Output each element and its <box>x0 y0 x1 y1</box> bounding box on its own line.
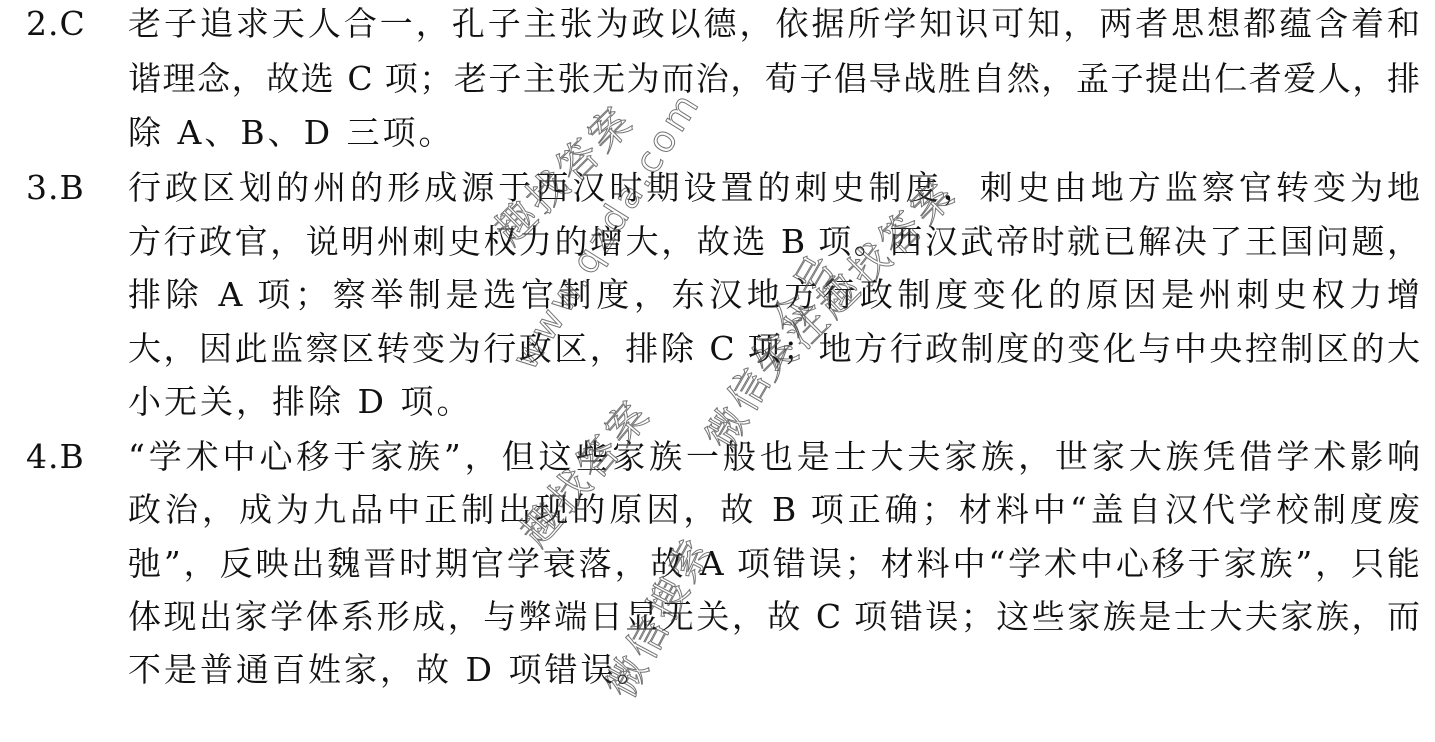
explanation-line: 不是普通百姓家，故 D 项错误。 <box>128 648 1420 692</box>
explanation-line: 小无关，排除 D 项。 <box>128 380 1420 424</box>
question-label: 4.B <box>26 435 122 479</box>
explanation-line: 弛”，反映出魏晋时期官学衰落，故 A 项错误；材料中“学术中心移于家族”，只能 <box>128 542 1420 586</box>
explanation-line: 排除 A 项；察举制是选官制度，东汉地方行政制度变化的原因是州刺史权力增 <box>128 273 1420 317</box>
explanation-line: “学术中心移于家族”，但这些家族一般也是士大夫家族，世家大族凭借学术影响 <box>128 435 1420 479</box>
explanation-line: 体现出家学体系形成，与弊端日显无关，故 C 项错误；这些家族是士大夫家族，而 <box>128 595 1420 639</box>
explanation-line: 老子追求天人合一，孔子主张为政以德，依据所学知识可知，两者思想都蕴含着和 <box>128 2 1420 46</box>
question-label: 3.B <box>26 166 122 210</box>
answer-explanation-page: 2.C 老子追求天人合一，孔子主张为政以德，依据所学知识可知，两者思想都蕴含着和… <box>0 0 1435 742</box>
explanation-line: 谐理念，故选 C 项；老子主张无为而治，荀子倡导战胜自然，孟子提出仁者爱人，排 <box>128 57 1420 101</box>
explanation-line: 行政区划的州的形成源于西汉时期设置的刺史制度，刺史由地方监察官转变为地 <box>128 166 1420 210</box>
explanation-line: 方行政官，说明州刺史权力的增大，故选 B 项。西汉武帝时就已解决了王国问题， <box>128 220 1420 264</box>
question-label: 2.C <box>26 2 122 46</box>
explanation-line: 政治，成为九品中正制出现的原因，故 B 项正确；材料中“盖自汉代学校制度废 <box>128 488 1420 532</box>
explanation-line: 除 A、B、D 三项。 <box>128 111 1420 155</box>
explanation-line: 大，因此监察区转变为行政区，排除 C 项；地方行政制度的变化与中央控制区的大 <box>128 327 1420 371</box>
